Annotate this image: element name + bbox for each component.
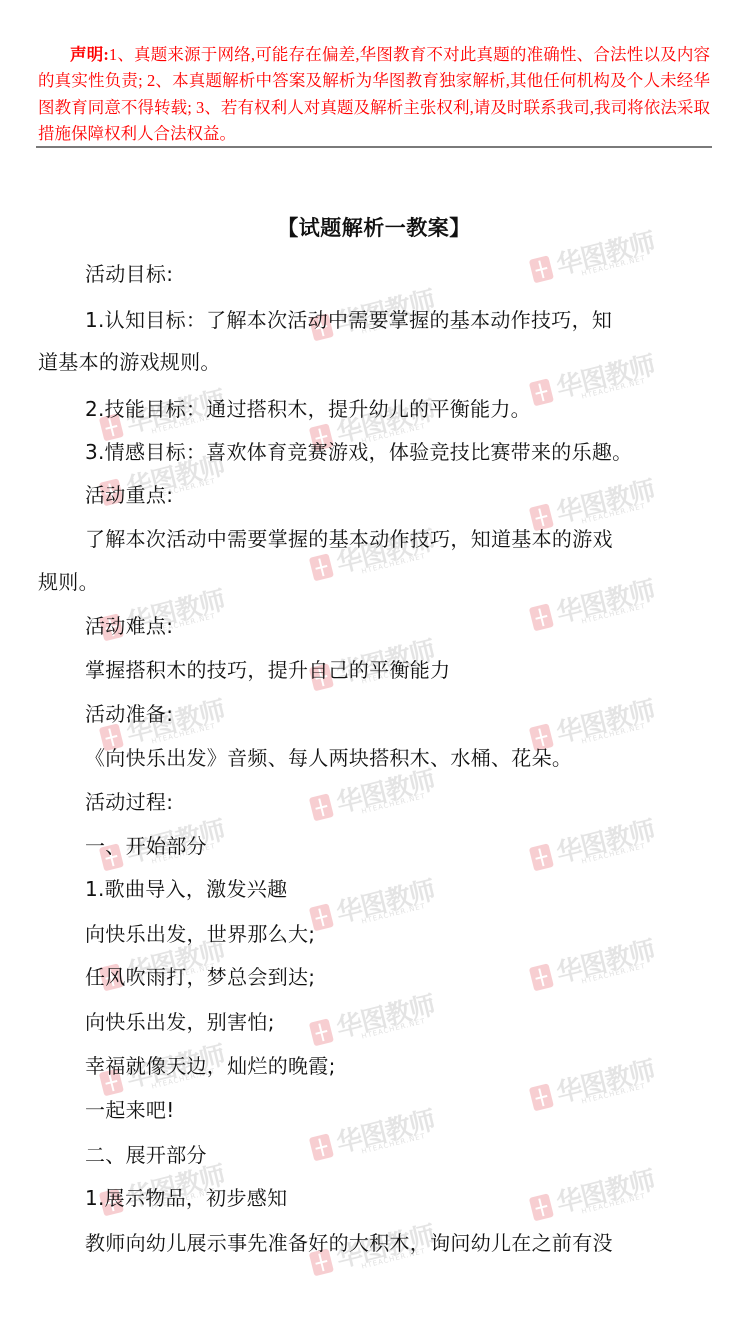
body-line: 掌握搭积木的技巧，提升自己的平衡能力: [38, 654, 748, 683]
body-line: 活动准备:: [38, 698, 748, 727]
body-line: 幸福就像天边，灿烂的晚霞;: [38, 1050, 748, 1079]
body-line: 《向快乐出发》音频、每人两块搭积木、水桶、花朵。: [38, 742, 748, 771]
body-line: 了解本次活动中需要掌握的基本动作技巧，知道基本的游戏: [38, 523, 748, 552]
body-line: 1.认知目标：了解本次活动中需要掌握的基本动作技巧，知: [38, 304, 748, 333]
body-line: 活动过程:: [38, 786, 748, 815]
body-line: 二、展开部分: [38, 1139, 748, 1168]
body-line: 任风吹雨打，梦总会到达;: [38, 961, 748, 990]
document-page: 华图教师HTEACHER.NET华图教师HTEACHER.NET华图教师HTEA…: [0, 0, 748, 1335]
body-line: 2.技能目标：通过搭积木，提升幼儿的平衡能力。: [38, 393, 748, 422]
body-line: 向快乐出发，别害怕;: [38, 1006, 748, 1035]
body-line: 1.展示物品，初步感知: [38, 1182, 748, 1211]
disclaimer-text: 1、真题来源于网络,可能存在偏差,华图教育不对此真题的准确性、合法性以及内容的真…: [38, 45, 710, 143]
body-line: 活动目标:: [38, 258, 748, 287]
header-divider: [36, 146, 712, 148]
body-line: 1.歌曲导入，激发兴趣: [38, 873, 748, 902]
body-line: 3.情感目标：喜欢体育竞赛游戏，体验竞技比赛带来的乐趣。: [38, 436, 748, 465]
body-line: 一、开始部分: [38, 830, 748, 859]
body-line: 道基本的游戏规则。: [38, 346, 718, 375]
body-line: 教师向幼儿展示事先准备好的大积木，询问幼儿在之前有没: [38, 1227, 748, 1256]
body-line: 规则。: [38, 566, 718, 595]
page-title: 【试题解析一教案】: [0, 212, 748, 242]
body-line: 向快乐出发，世界那么大;: [38, 918, 748, 947]
disclaimer-lead: 声明:: [38, 45, 109, 64]
body-line: 活动难点:: [38, 610, 748, 639]
body-line: 活动重点:: [38, 479, 748, 508]
disclaimer: 声明:1、真题来源于网络,可能存在偏差,华图教育不对此真题的准确性、合法性以及内…: [38, 42, 710, 147]
body-line: 一起来吧!: [38, 1094, 748, 1123]
